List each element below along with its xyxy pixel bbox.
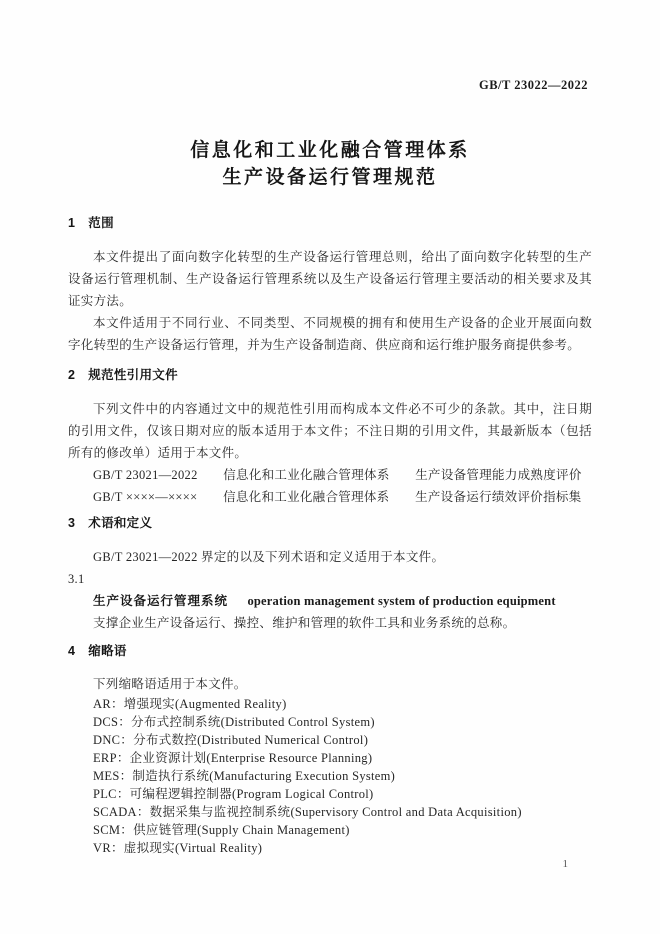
section-heading-terms-definitions: 3 术语和定义: [68, 512, 592, 534]
reference-entry: GB/T 23021—2022 信息化和工业化融合管理体系 生产设备管理能力成熟…: [68, 464, 592, 486]
title-line-1: 信息化和工业化融合管理体系: [0, 137, 660, 164]
abbreviation-line: DCS：分布式控制系统(Distributed Control System): [68, 713, 592, 731]
paragraph: 本文件提出了面向数字化转型的生产设备运行管理总则，给出了面向数字化转型的生产设备…: [68, 246, 592, 312]
abbreviation-line: PLC：可编程逻辑控制器(Program Logical Control): [68, 785, 592, 803]
paragraph: GB/T 23021—2022 界定的以及下列术语和定义适用于本文件。: [68, 546, 592, 568]
section-title: 术语和定义: [88, 512, 152, 534]
abbreviation-line: MES：制造执行系统(Manufacturing Execution Syste…: [68, 767, 592, 785]
section-number: 4: [68, 640, 75, 662]
paragraph: 下列文件中的内容通过文中的规范性引用而构成本文件必不可少的条款。其中，注日期的引…: [68, 398, 592, 464]
reference-entry: GB/T ××××—×××× 信息化和工业化融合管理体系 生产设备运行绩效评价指…: [68, 486, 592, 508]
page-number: 1: [563, 858, 569, 870]
section-number: 1: [68, 212, 75, 234]
term-chinese: 生产设备运行管理系统: [93, 594, 228, 608]
section-number: 3: [68, 512, 75, 534]
section-title: 范围: [88, 212, 114, 234]
abbreviation-line: DNC：分布式数控(Distributed Numerical Control): [68, 731, 592, 749]
standard-code: GB/T 23022—2022: [479, 78, 588, 93]
section-heading-abbreviations: 4 缩略语: [68, 640, 592, 662]
abbreviations-intro: 下列缩略语适用于本文件。: [68, 673, 592, 695]
abbreviation-line: SCM：供应链管理(Supply Chain Management): [68, 821, 592, 839]
section-title: 规范性引用文件: [88, 364, 178, 386]
document-page: GB/T 23022—2022 信息化和工业化融合管理体系 生产设备运行管理规范…: [0, 0, 660, 934]
title-line-2: 生产设备运行管理规范: [0, 164, 660, 191]
term-clause-number: 3.1: [68, 568, 592, 590]
abbreviation-line: SCADA：数据采集与监视控制系统(Supervisory Control an…: [68, 803, 592, 821]
term-entry: 生产设备运行管理系统 operation management system o…: [68, 590, 592, 612]
section-number: 2: [68, 364, 75, 386]
document-title: 信息化和工业化融合管理体系 生产设备运行管理规范: [0, 137, 660, 191]
section-heading-normative-references: 2 规范性引用文件: [68, 364, 592, 386]
paragraph: 本文件适用于不同行业、不同类型、不同规模的拥有和使用生产设备的企业开展面向数字化…: [68, 312, 592, 356]
abbreviation-line: ERP：企业资源计划(Enterprise Resource Planning): [68, 749, 592, 767]
term-definition: 支撑企业生产设备运行、操控、维护和管理的软件工具和业务系统的总称。: [68, 612, 592, 634]
abbreviation-line: AR：增强现实(Augmented Reality): [68, 695, 592, 713]
term-english: operation management system of productio…: [247, 594, 555, 608]
document-body: 1 范围 本文件提出了面向数字化转型的生产设备运行管理总则，给出了面向数字化转型…: [68, 206, 592, 857]
abbreviation-line: VR：虚拟现实(Virtual Reality): [68, 839, 592, 857]
section-heading-scope: 1 范围: [68, 206, 592, 234]
section-title: 缩略语: [88, 640, 126, 662]
